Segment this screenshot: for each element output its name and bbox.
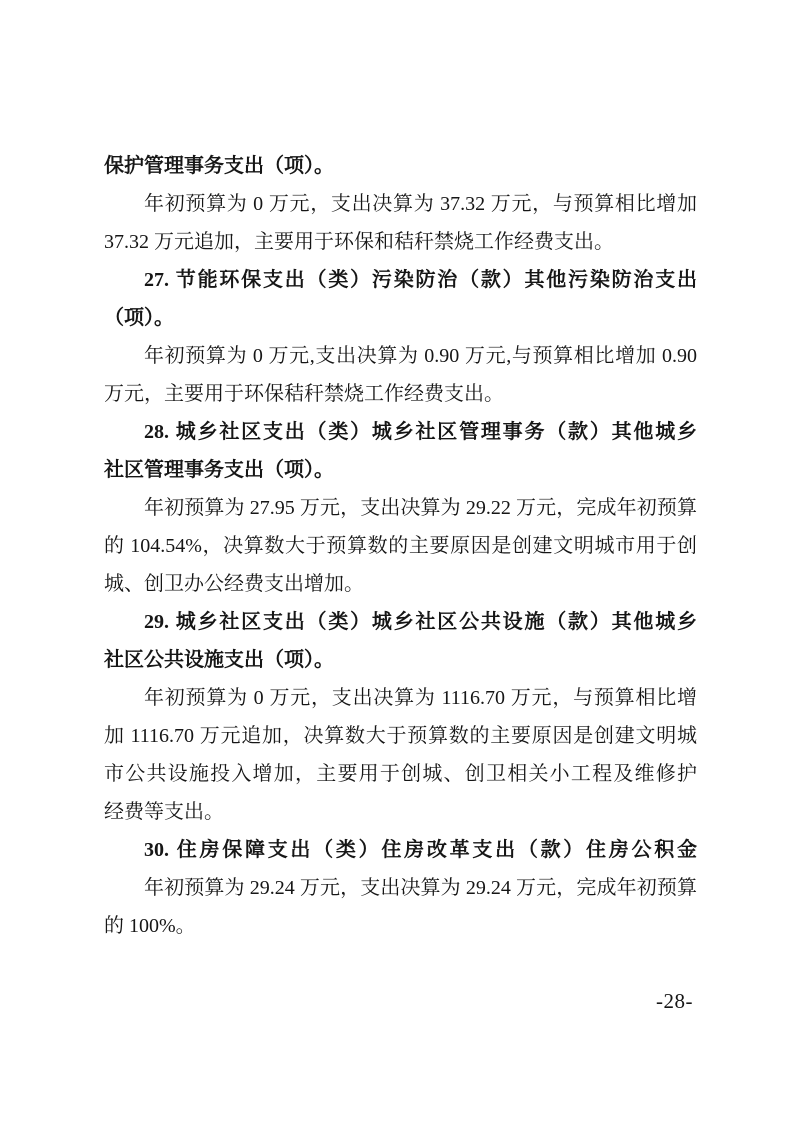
section-28: 28. 城乡社区支出（类）城乡社区管理事务（款）其他城乡 社区管理事务支出（项）…	[104, 413, 697, 603]
body-line: 加 1116.70 万元追加，决算数大于预算数的主要原因是创建文明城	[104, 717, 697, 755]
body-line: 万元，主要用于环保秸秆禁烧工作经费支出。	[104, 375, 697, 413]
body-line: 的 100%。	[104, 907, 697, 945]
section-30: 30. 住房保障支出（类）住房改革支出（款）住房公积金（项）。 年初预算为 29…	[104, 831, 697, 945]
section-29: 29. 城乡社区支出（类）城乡社区公共设施（款）其他城乡 社区公共设施支出（项）…	[104, 603, 697, 831]
heading-line: 社区管理事务支出（项）。	[104, 451, 697, 489]
body-line: 37.32 万元追加，主要用于环保和秸秆禁烧工作经费支出。	[104, 223, 697, 261]
body-line: 市公共设施投入增加，主要用于创城、创卫相关小工程及维修护	[104, 755, 697, 793]
body-line: 年初预算为 0 万元，支出决算为 37.32 万元，与预算相比增加	[104, 185, 697, 223]
heading-line: （项）。	[104, 299, 697, 337]
body-line: 经费等支出。	[104, 793, 697, 831]
document-content: 保护管理事务支出（项）。 年初预算为 0 万元，支出决算为 37.32 万元，与…	[104, 147, 697, 945]
section-27: 27. 节能环保支出（类）污染防治（款）其他污染防治支出 （项）。 年初预算为 …	[104, 261, 697, 413]
heading-line: 27. 节能环保支出（类）污染防治（款）其他污染防治支出	[104, 261, 697, 299]
body-line: 年初预算为 29.24 万元，支出决算为 29.24 万元，完成年初预算	[104, 869, 697, 907]
body-line: 的 104.54%，决算数大于预算数的主要原因是创建文明城市用于创	[104, 527, 697, 565]
body-line: 年初预算为 0 万元,支出决算为 0.90 万元,与预算相比增加 0.90	[104, 337, 697, 375]
section-26-continuation: 保护管理事务支出（项）。 年初预算为 0 万元，支出决算为 37.32 万元，与…	[104, 147, 697, 261]
document-page: 保护管理事务支出（项）。 年初预算为 0 万元，支出决算为 37.32 万元，与…	[0, 0, 793, 1122]
heading-line: 29. 城乡社区支出（类）城乡社区公共设施（款）其他城乡	[104, 603, 697, 641]
body-line: 年初预算为 27.95 万元，支出决算为 29.22 万元，完成年初预算	[104, 489, 697, 527]
heading-line: 社区公共设施支出（项）。	[104, 641, 697, 679]
heading-line: 28. 城乡社区支出（类）城乡社区管理事务（款）其他城乡	[104, 413, 697, 451]
body-line: 年初预算为 0 万元，支出决算为 1116.70 万元，与预算相比增	[104, 679, 697, 717]
heading-line: 保护管理事务支出（项）。	[104, 147, 697, 185]
body-line: 城、创卫办公经费支出增加。	[104, 565, 697, 603]
page-number: -28-	[656, 989, 693, 1014]
heading-line: 30. 住房保障支出（类）住房改革支出（款）住房公积金（项）。	[104, 831, 697, 869]
